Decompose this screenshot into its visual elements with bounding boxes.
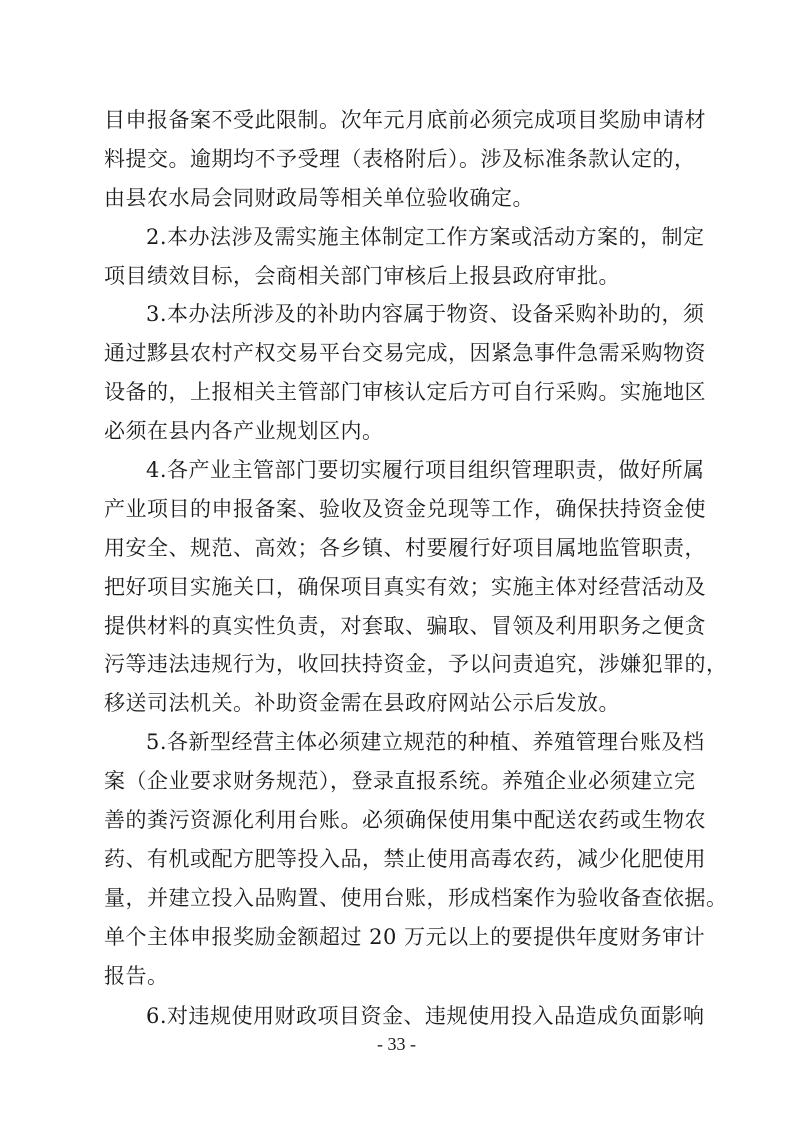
text-line: 项目绩效目标，会商相关部门审核后上报县政府审批。: [104, 257, 692, 296]
text-line: 量，并建立投入品购置、使用台账，形成档案作为验收备查依据。: [104, 879, 692, 918]
text-line: 2.本办法涉及需实施主体制定工作方案或活动方案的，制定: [104, 218, 692, 257]
text-line: 药、有机或配方肥等投入品，禁止使用高毒农药，减少化肥使用: [104, 840, 692, 879]
text-line: 产业项目的申报备案、验收及资金兑现等工作，确保扶持资金使: [104, 490, 692, 529]
text-line: 善的粪污资源化利用台账。必须确保使用集中配送农药或生物农: [104, 801, 692, 840]
text-line: 移送司法机关。补助资金需在县政府网站公示后发放。: [104, 684, 692, 723]
text-line: 5.各新型经营主体必须建立规范的种植、养殖管理台账及档: [104, 723, 692, 762]
document-page: 目申报备案不受此限制。次年元月底前必须完成项目奖励申请材 料提交。逾期均不予受理…: [0, 0, 793, 1122]
text-line: 设备的，上报相关主管部门审核认定后方可自行采购。实施地区: [104, 373, 692, 412]
paragraph-item-2: 2.本办法涉及需实施主体制定工作方案或活动方案的，制定 项目绩效目标，会商相关部…: [104, 218, 692, 296]
text-line: 6.对违规使用财政项目资金、违规使用投入品造成负面影响: [104, 997, 692, 1036]
paragraph-item-5: 5.各新型经营主体必须建立规范的种植、养殖管理台账及档 案（企业要求财务规范），…: [104, 723, 692, 995]
paragraph-continuation: 目申报备案不受此限制。次年元月底前必须完成项目奖励申请材 料提交。逾期均不予受理…: [104, 101, 692, 218]
text-line: 提供材料的真实性负责，对套取、骗取、冒领及利用职务之便贪: [104, 607, 692, 646]
text-line: 目申报备案不受此限制。次年元月底前必须完成项目奖励申请材: [104, 101, 692, 140]
paragraph-item-6: 6.对违规使用财政项目资金、违规使用投入品造成负面影响: [104, 997, 692, 1036]
text-line: 用安全、规范、高效；各乡镇、村要履行好项目属地监管职责，: [104, 529, 692, 568]
text-line: 报告。: [104, 957, 692, 996]
text-line: 由县农水局会同财政局等相关单位验收确定。: [104, 179, 692, 218]
paragraph-item-4: 4.各产业主管部门要切实履行项目组织管理职责，做好所属 产业项目的申报备案、验收…: [104, 451, 692, 723]
text-line: 污等违法违规行为，收回扶持资金，予以问责追究，涉嫌犯罪的，: [104, 645, 692, 684]
text-line: 案（企业要求财务规范），登录直报系统。养殖企业必须建立完: [104, 762, 692, 801]
text-line: 单个主体申报奖励金额超过 20 万元以上的要提供年度财务审计: [104, 918, 692, 957]
page-number: - 33 -: [0, 1034, 793, 1055]
paragraph-item-3: 3.本办法所涉及的补助内容属于物资、设备采购补助的，须 通过黟县农村产权交易平台…: [104, 295, 692, 451]
text-line: 把好项目实施关口，确保项目真实有效；实施主体对经营活动及: [104, 568, 692, 607]
text-line: 4.各产业主管部门要切实履行项目组织管理职责，做好所属: [104, 451, 692, 490]
text-line: 3.本办法所涉及的补助内容属于物资、设备采购补助的，须: [104, 295, 692, 334]
text-line: 必须在县内各产业规划区内。: [104, 412, 692, 451]
text-line: 料提交。逾期均不予受理（表格附后）。涉及标准条款认定的，: [104, 140, 692, 179]
text-line: 通过黟县农村产权交易平台交易完成，因紧急事件急需采购物资: [104, 334, 692, 373]
body-text: 目申报备案不受此限制。次年元月底前必须完成项目奖励申请材 料提交。逾期均不予受理…: [104, 101, 692, 1036]
